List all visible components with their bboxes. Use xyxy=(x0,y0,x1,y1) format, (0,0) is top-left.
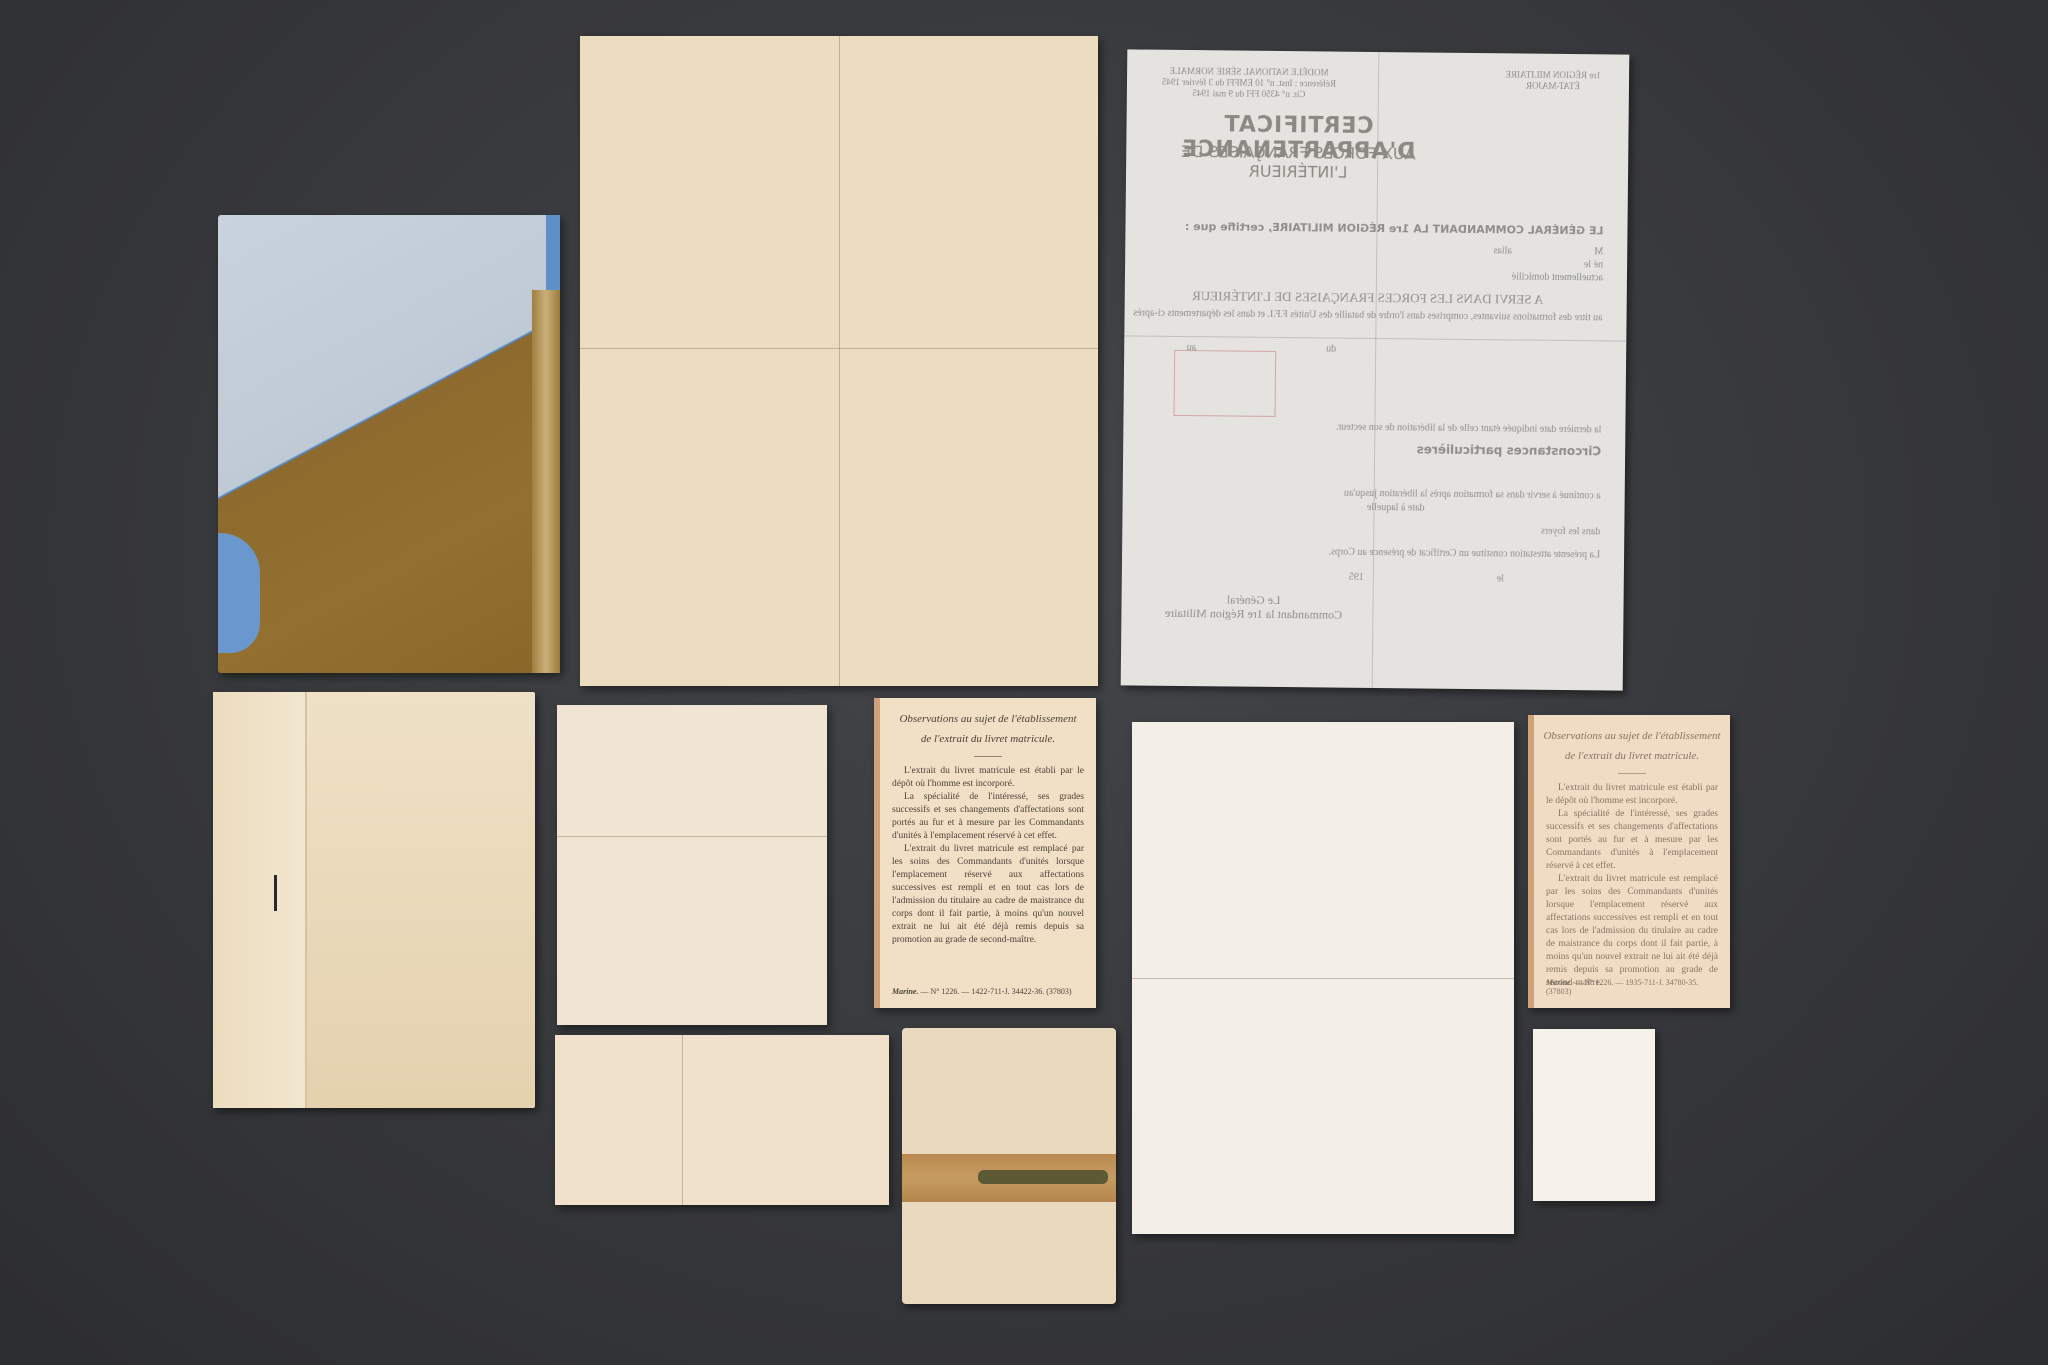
observations-booklet-2: Observations au sujet de l'établissement… xyxy=(1528,715,1730,1008)
cert-continued: a continué à servir dans sa formation ap… xyxy=(1131,485,1601,501)
divider xyxy=(1618,773,1646,774)
footer-print-reference: — N° 1226. — 1422-711-J. 34422-36. (3780… xyxy=(920,987,1071,996)
cert-le: le xyxy=(1404,572,1504,584)
cert-subtitle: AUX FORCES FRANÇAISES DE L'INTÉRIEUR xyxy=(1148,142,1448,183)
booklet-paragraph: L'extrait du livret matricule est établi… xyxy=(1534,782,1730,808)
divider xyxy=(974,756,1002,757)
tiny-white-card xyxy=(1533,1029,1655,1201)
label-alias: alias xyxy=(1493,245,1511,256)
booklet-title-line2: de l'extrait du livret matricule. xyxy=(1534,749,1730,763)
booklet-footer: Marine. — N° 1226. — 1422-711-J. 34422-3… xyxy=(892,987,1088,996)
cert-served: A SERVI DANS LES FORCES FRANÇAISES DE L'… xyxy=(1133,287,1603,308)
cert-year: 195 xyxy=(1264,571,1364,583)
cert-circumstances: Circonstances particulières xyxy=(1131,439,1601,458)
blue-gold-booklet xyxy=(218,215,560,673)
label-m: M xyxy=(1594,246,1603,257)
vellum-notebook xyxy=(213,692,535,1108)
booklet-title-line1: Observations au sujet de l'établissement xyxy=(880,712,1096,726)
booklet-title-line1: Observations au sujet de l'établissement xyxy=(1534,729,1730,743)
booklet-footer: Marine. — N° 1226. — 1935-711-J. 34780-3… xyxy=(1546,978,1722,996)
cert-served-detail: au titre des formations suivantes, compr… xyxy=(1133,307,1603,323)
book-corner xyxy=(546,215,560,295)
cert-header-right: 1re RÉGION MILITAIRE ÉTAT-MAJOR xyxy=(1483,69,1623,92)
cert-header-left: MODÈLE NATIONAL SÉRIE NORMALE Référence … xyxy=(1149,66,1349,101)
book-spine-edge xyxy=(532,290,560,673)
cert-foyers: dans les foyers xyxy=(1130,521,1600,537)
staple xyxy=(274,875,277,911)
fold-line-vertical xyxy=(682,1035,683,1205)
booklet-paragraph: L'extrait du livret matricule est établi… xyxy=(880,765,1096,791)
cert-field-domicile: actuellement domicilié xyxy=(1133,267,1603,283)
tear xyxy=(978,1170,1108,1184)
cert-certifies: LE GÉNÉRAL COMMANDANT LA 1re RÉGION MILI… xyxy=(1133,219,1603,237)
torn-taped-card xyxy=(902,1028,1116,1304)
fold-line-horizontal xyxy=(580,348,1098,349)
booklet-title-line2: de l'extrait du livret matricule. xyxy=(880,732,1096,746)
booklet-paragraph: La spécialité de l'intéressé, ses grades… xyxy=(880,791,1096,843)
folded-sheet-beige xyxy=(580,36,1098,686)
cert-last-date: la dernière date indiquée étant celle de… xyxy=(1131,419,1601,435)
folded-sheet-white xyxy=(1132,722,1514,1234)
notebook-flap xyxy=(213,692,307,1108)
cert-circular: Cir. n° 4350 FFI du 9 mai 1945 xyxy=(1149,88,1349,101)
fold-line-horizontal xyxy=(557,836,827,837)
cert-signature-subtitle: Commandant la 1re Région Militaire xyxy=(1143,606,1363,623)
cert-staff: ÉTAT-MAJOR xyxy=(1483,80,1623,92)
cert-presence: La présente attestation constitue un Cer… xyxy=(1130,544,1600,560)
stamp-box xyxy=(1174,350,1277,417)
fold-line-horizontal xyxy=(1132,978,1514,979)
booklet-paragraph: L'extrait du livret matricule est rempla… xyxy=(880,843,1096,947)
observations-booklet-1: Observations au sujet de l'établissement… xyxy=(874,698,1096,1008)
fold-line-vertical xyxy=(839,36,840,686)
landscape-card xyxy=(555,1035,889,1205)
cert-date-laquelle: date à laquelle xyxy=(1121,498,1425,514)
booklet-paragraph: L'extrait du livret matricule est rempla… xyxy=(1534,873,1730,990)
small-folded-card xyxy=(557,705,827,1025)
footer-label: Marine. xyxy=(1546,978,1572,987)
certificate-document: MODÈLE NATIONAL SÉRIE NORMALE Référence … xyxy=(1121,49,1630,690)
book-worn-patch xyxy=(218,533,260,653)
booklet-paragraph: La spécialité de l'intéressé, ses grades… xyxy=(1534,808,1730,873)
footer-label: Marine. xyxy=(892,987,918,996)
